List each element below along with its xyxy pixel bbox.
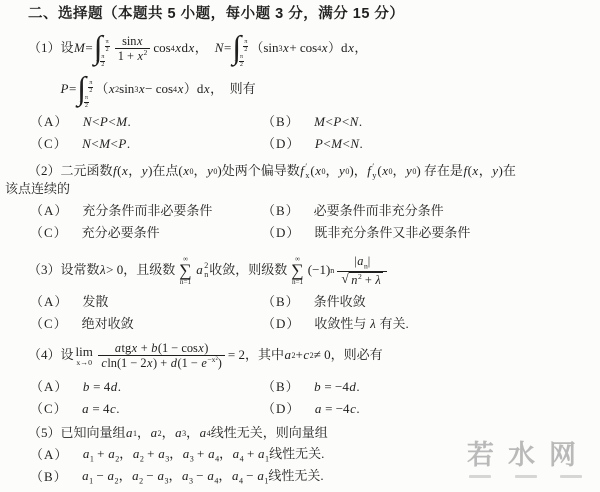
option-text: b = −4d. — [314, 379, 360, 396]
option-label: （B） — [262, 294, 300, 311]
section-title: 二、选择题（本题共 5 小题，每小题 3 分，满分 15 分） — [28, 5, 590, 24]
question-4: （4）设limx→0atgx + b(1 − cosx)cln(1 − 2x) … — [28, 337, 590, 420]
question-4-options: （A）b = 4d. （B）b = −4d. （C）a = 4c. （D）a =… — [30, 378, 590, 420]
option-label: （C） — [30, 136, 68, 153]
question-1: （1）设 M = ∫π2−π2sinx1 + x2cos4xdx， N = ∫π… — [28, 28, 590, 155]
option-label: （C） — [30, 225, 68, 242]
option-text: a1 + a2，a2 + a3，a3 + a4，a4 + a1线性无关. — [82, 446, 324, 465]
question-3-option-c: （C）绝对收敛 — [30, 315, 262, 335]
question-2-option-b: （B）必要条件而非充分条件 — [262, 202, 590, 222]
option-text: a = −4c. — [314, 401, 359, 418]
watermark-subtext-dash — [469, 475, 491, 478]
option-text: 绝对收敛 — [82, 316, 134, 333]
option-text: 必要条件而非充分条件 — [314, 203, 444, 220]
question-1-option-b: （B）M<P<N. — [262, 113, 590, 133]
question-2-text-line-1: （2）二元函数f(x，y)在点(x0，y0)处两个偏导数f′x(x0，y0)，f… — [28, 163, 590, 181]
watermark-subtext-dash — [560, 475, 582, 478]
option-label: （A） — [30, 294, 68, 311]
option-label: （B） — [262, 114, 300, 131]
question-3-option-b: （B）条件收敛 — [262, 293, 590, 313]
question-2: （2）二元函数f(x，y)在点(x0，y0)处两个偏导数f′x(x0，y0)，f… — [28, 163, 590, 244]
question-1-formula-line-2: P = ∫π2−π2（x2sin3x − cos4x）dx， 则有 — [60, 70, 590, 110]
question-3-option-d: （D）收敛性与 λ 有关. — [262, 315, 590, 335]
question-1-option-a: （A）N<P<M. — [30, 113, 262, 133]
question-4-formula-line: （4）设limx→0atgx + b(1 − cosx)cln(1 − 2x) … — [28, 337, 590, 375]
option-label: （C） — [30, 316, 68, 333]
question-3-options: （A）发散 （B）条件收敛 （C）绝对收敛 （D）收敛性与 λ 有关. — [30, 293, 590, 335]
question-3-formula-line: （3）设常数 λ > 0，且级数 ∞∑n=1a2n收敛，则级数 ∞∑n=1(−1… — [28, 252, 590, 290]
exam-page: 二、选择题（本题共 5 小题，每小题 3 分，满分 15 分） （1）设 M =… — [0, 0, 600, 492]
option-label: （A） — [30, 379, 68, 396]
question-2-option-d: （D）既非充分条件又非必要条件 — [262, 224, 590, 244]
watermark-text: 若水网 — [467, 438, 590, 473]
question-2-options: （A）充分条件而非必要条件 （B）必要条件而非充分条件 （C）充分必要条件 （D… — [30, 202, 590, 244]
option-text: P<M<N. — [314, 136, 362, 153]
option-text: N<P<M. — [82, 114, 130, 131]
option-text: 收敛性与 λ 有关. — [314, 316, 408, 333]
option-text: b = 4d. — [82, 379, 121, 396]
option-text: 条件收敛 — [314, 294, 366, 311]
option-text: a1 − a2，a2 − a3，a3 − a4，a4 − a1线性无关. — [82, 468, 324, 487]
option-label: （B） — [30, 469, 68, 486]
option-label: （D） — [262, 136, 300, 153]
question-1-option-d: （D）P<M<N. — [262, 135, 590, 155]
question-2-option-a: （A）充分条件而非必要条件 — [30, 202, 262, 222]
question-1-option-c: （C）N<M<P. — [30, 135, 262, 155]
option-label: （D） — [262, 401, 300, 418]
question-3: （3）设常数 λ > 0，且级数 ∞∑n=1a2n收敛，则级数 ∞∑n=1(−1… — [28, 252, 590, 335]
option-label: （A） — [30, 114, 68, 131]
option-label: （A） — [30, 447, 68, 464]
option-text: N<M<P. — [82, 136, 130, 153]
option-text: 既非充分条件又非必要条件 — [314, 225, 470, 242]
option-text: a = 4c. — [82, 401, 120, 418]
option-label: （D） — [262, 225, 300, 242]
option-label: （B） — [262, 379, 300, 396]
option-label: （C） — [30, 401, 68, 418]
question-3-option-a: （A）发散 — [30, 293, 262, 313]
question-4-option-a: （A）b = 4d. — [30, 378, 262, 398]
option-label: （D） — [262, 316, 300, 333]
question-4-option-d: （D）a = −4c. — [262, 400, 590, 420]
question-2-text-line-2: 该点连续的 — [5, 181, 590, 199]
question-4-option-c: （C）a = 4c. — [30, 400, 262, 420]
question-1-options: （A）N<P<M. （B）M<P<N. （C）N<M<P. （D）P<M<N. — [30, 113, 590, 155]
option-label: （B） — [262, 203, 300, 220]
question-2-option-c: （C）充分必要条件 — [30, 224, 262, 244]
option-text: 充分条件而非必要条件 — [82, 203, 212, 220]
option-text: 充分必要条件 — [82, 225, 160, 242]
option-label: （A） — [30, 203, 68, 220]
option-text: M<P<N. — [314, 114, 362, 131]
question-4-option-b: （B）b = −4d. — [262, 378, 590, 398]
watermark-subtext-dash — [515, 475, 537, 478]
watermark-subtext — [467, 473, 590, 478]
option-text: 发散 — [82, 294, 108, 311]
watermark: 若水网 — [467, 438, 590, 478]
question-1-formula-line-1: （1）设 M = ∫π2−π2sinx1 + x2cos4xdx， N = ∫π… — [28, 28, 590, 70]
